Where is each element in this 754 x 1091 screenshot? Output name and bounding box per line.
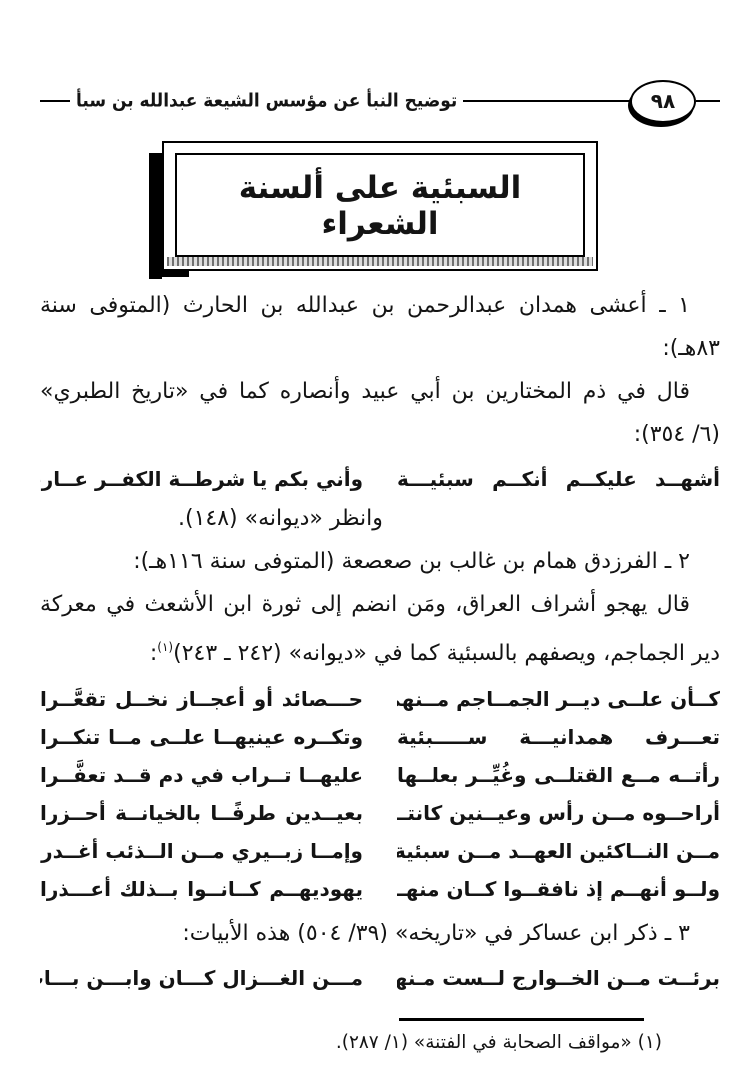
running-head: ٩٨ توضيح النبأ عن مؤسس الشيعة عبدالله بن… [40,0,720,124]
hemistich-left: يهوديهــم كــانــوا بــذلك أعـــذرا [40,870,363,908]
section-1-paragraph: قال في ذم المختارين بن أبي عبيد وأنصاره … [40,370,720,456]
section-2-heading: ٢ ـ الفرزدق همام بن غالب بن صعصعة (المتو… [40,540,720,583]
text-segment: دير الجماجم، ويصفهم بالسبئية كما في «ديو… [173,641,720,666]
hemistich-left: حـــصائد أو أعجــاز نخــل تقعَّــرا [40,680,363,718]
page-number: ٩٨ [651,89,675,113]
header-rule-left [40,100,70,102]
farazdaq-poem: كــأن علــى ديــر الجمــاجم مــنهم حـــص… [40,680,720,908]
hemistich-left: وإمــا زبــيري مــن الــذئب أغــدرا [40,832,363,870]
hemistich-right: برئــت مــن الخــوارج لــست مـنهم [397,959,720,997]
text-line: (٦/ ٣٥٤): [40,413,720,456]
text-line: قال يهجو أشراف العراق، ومَن انضم إلى ثور… [40,583,720,626]
text-line: ١ ـ أعشى همدان عبدالرحمن بن عبدالله بن ا… [40,284,720,327]
section-1-heading: ١ ـ أعشى همدان عبدالرحمن بن عبدالله بن ا… [40,284,720,370]
hemistich-right: رأتــه مــع القتلــى وغُيِّــر بعلــها [397,756,720,794]
running-head-book-title: توضيح النبأ عن مؤسس الشيعة عبدالله بن سب… [76,90,457,112]
text-line: ٢ ـ الفرزدق همام بن غالب بن صعصعة (المتو… [40,540,720,583]
hemistich-left: وأني بكم يا شرطــة الكفــر عــارف [40,460,363,498]
hemistich-left: عليهــا تــراب في دم قــد تعفَّــرا [40,756,363,794]
section-2-paragraph: قال يهجو أشراف العراق، ومَن انضم إلى ثور… [40,583,720,675]
header-rule-center [463,100,630,102]
hemistich-left: وتكــره عينيهــا علــى مــا تنكــرا [40,718,363,756]
page-number-badge: ٩٨ [630,80,696,123]
section-3-heading: ٣ ـ ذكر ابن عساكر في «تاريخه» (٣٩/ ٥٠٤) … [40,912,720,955]
text-line: قال في ذم المختارين بن أبي عبيد وأنصاره … [40,370,720,413]
chapter-box-inner-frame: السبئية على ألسنة الشعراء [175,153,585,257]
footnote-text: (١) «مواقف الصحابة في الفتنة» (١/ ٢٨٧). [40,1028,662,1058]
verse-ibn-asakir: برئــت مــن الخــوارج لــست مـنهم مـــن … [40,959,720,997]
book-page: ٩٨ توضيح النبأ عن مؤسس الشيعة عبدالله بن… [0,0,754,1091]
hemistich-right: تعـــرف همدانيـــة ســـــبئية [397,718,720,756]
hemistich-right: أشهــد عليكــم أنكــم سبئيـــة [397,460,720,498]
hemistich-right: مــن النــاكئين العهــد مــن سبئية [397,832,720,870]
footnote-area: (١) «مواقف الصحابة في الفتنة» (١/ ٢٨٧). [40,1018,720,1058]
chapter-title: السبئية على ألسنة الشعراء [185,170,575,242]
header-rule-right [696,100,720,102]
hemistich-left: مـــن الغـــزال كـــان وابـــن بـــاب [40,959,363,997]
verse-row: مــن النــاكئين العهــد مــن سبئية وإمــ… [40,832,720,870]
page-body: ١ ـ أعشى همدان عبدالرحمن بن عبدالله بن ا… [40,284,720,997]
text-line: ٨٣هـ): [40,327,720,370]
hemistich-right: كــأن علــى ديــر الجمــاجم مــنهم [397,680,720,718]
verse-row: رأتــه مــع القتلــى وغُيِّــر بعلــها ع… [40,756,720,794]
verse-aasha-hamdan: أشهــد عليكــم أنكــم سبئيـــة وأني بكم … [40,460,720,498]
text-line: وانظر «ديوانه» (١٤٨). [178,498,383,540]
hemistich-right: أراحــوه مــن رأس وعيــنين كانتــا [397,794,720,832]
verse-row: ولــو أنهــم إذ نافقــوا كــان منهــم يه… [40,870,720,908]
text-line-with-footnote-ref: دير الجماجم، ويصفهم بالسبئية كما في «ديو… [40,626,720,675]
verse-row: تعـــرف همدانيـــة ســـــبئية وتكــره عي… [40,718,720,756]
text-line: ٣ ـ ذكر ابن عساكر في «تاريخه» (٣٩/ ٥٠٤) … [40,912,720,955]
verse-row: كــأن علــى ديــر الجمــاجم مــنهم حـــص… [40,680,720,718]
chapter-box-bevel-shading [167,257,593,266]
verse-row: أراحــوه مــن رأس وعيــنين كانتــا بعيــ… [40,794,720,832]
hemistich-right: ولــو أنهــم إذ نافقــوا كــان منهــم [397,870,720,908]
chapter-box-frame: السبئية على ألسنة الشعراء [162,141,598,271]
footnote-separator-rule [399,1018,644,1021]
hemistich-left: بعيــدين طرفًــا بالخيانــة أحــزرا [40,794,363,832]
diwan-reference: وانظر «ديوانه» (١٤٨). [40,498,720,540]
chapter-title-box: السبئية على ألسنة الشعراء [162,141,598,271]
footnote-reference-marker: (١) [157,640,173,654]
